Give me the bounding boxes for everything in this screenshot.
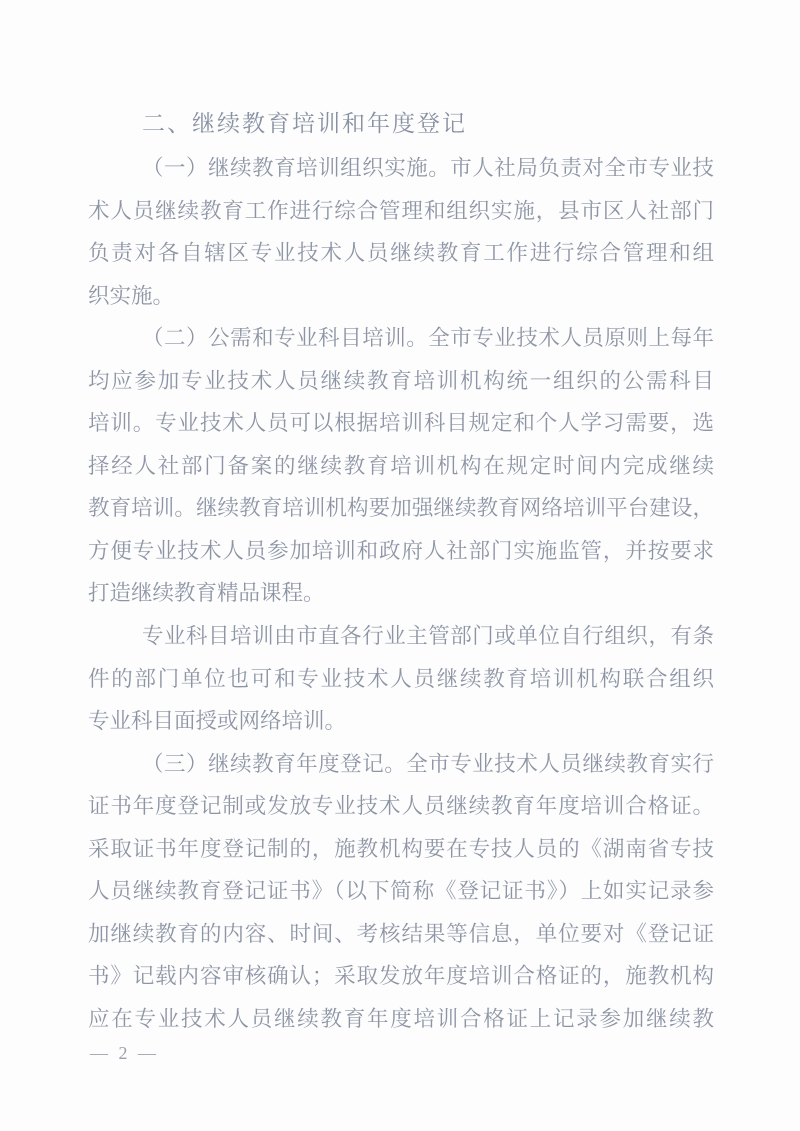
text-line: 择经人社部门备案的继续教育培训机构在规定时间内完成继续 [88, 445, 714, 488]
text-line: 教育培训。继续教育培训机构要加强继续教育网络培训平台建设， [88, 487, 714, 530]
text-line: 打造继续教育精品课程。 [88, 572, 714, 615]
text-line: 专业科目面授或网络培训。 [88, 700, 714, 743]
text-line: （二）公需和专业科目培训。全市专业技术人员原则上每年 [88, 317, 714, 360]
text-line: 均应参加专业技术人员继续教育培训机构统一组织的公需科目 [88, 360, 714, 403]
text-line: 采取证书年度登记制的，施教机构要在专技人员的《湖南省专技 [88, 828, 714, 871]
text-lines: （一）继续教育培训组织实施。市人社局负责对全市专业技术人员继续教育工作进行综合管… [88, 147, 714, 1040]
text-line: 术人员继续教育工作进行综合管理和组织实施，县市区人社部门 [88, 190, 714, 233]
text-line: 织实施。 [88, 275, 714, 318]
text-line: 人员继续教育登记证书》（以下简称《登记证书》）上如实记录参 [88, 870, 714, 913]
text-line: 加继续教育的内容、时间、考核结果等信息，单位要对《登记证 [88, 913, 714, 956]
section-heading: 二、继续教育培训和年度登记 [88, 101, 714, 147]
document-body: 二、继续教育培训和年度登记 （一）继续教育培训组织实施。市人社局负责对全市专业技… [88, 101, 714, 1040]
text-line: 专业科目培训由市直各行业主管部门或单位自行组织，有条 [88, 615, 714, 658]
document-page: 二、继续教育培训和年度登记 （一）继续教育培训组织实施。市人社局负责对全市专业技… [0, 0, 800, 1131]
text-line: 负责对各自辖区专业技术人员继续教育工作进行综合管理和组 [88, 232, 714, 275]
text-line: 方便专业技术人员参加培训和政府人社部门实施监管，并按要求 [88, 530, 714, 573]
text-line: 件的部门单位也可和专业技术人员继续教育培训机构联合组织 [88, 658, 714, 701]
text-line: 书》记载内容审核确认；采取发放年度培训合格证的，施教机构 [88, 955, 714, 998]
text-line: （三）继续教育年度登记。全市专业技术人员继续教育实行 [88, 743, 714, 786]
page-number: — 2 — [90, 1043, 159, 1064]
text-line: 培训。专业技术人员可以根据培训科目规定和个人学习需要，选 [88, 402, 714, 445]
text-line: （一）继续教育培训组织实施。市人社局负责对全市专业技 [88, 147, 714, 190]
text-line: 证书年度登记制或发放专业技术人员继续教育年度培训合格证。 [88, 785, 714, 828]
text-line: 应在专业技术人员继续教育年度培训合格证上记录参加继续教 [88, 998, 714, 1041]
